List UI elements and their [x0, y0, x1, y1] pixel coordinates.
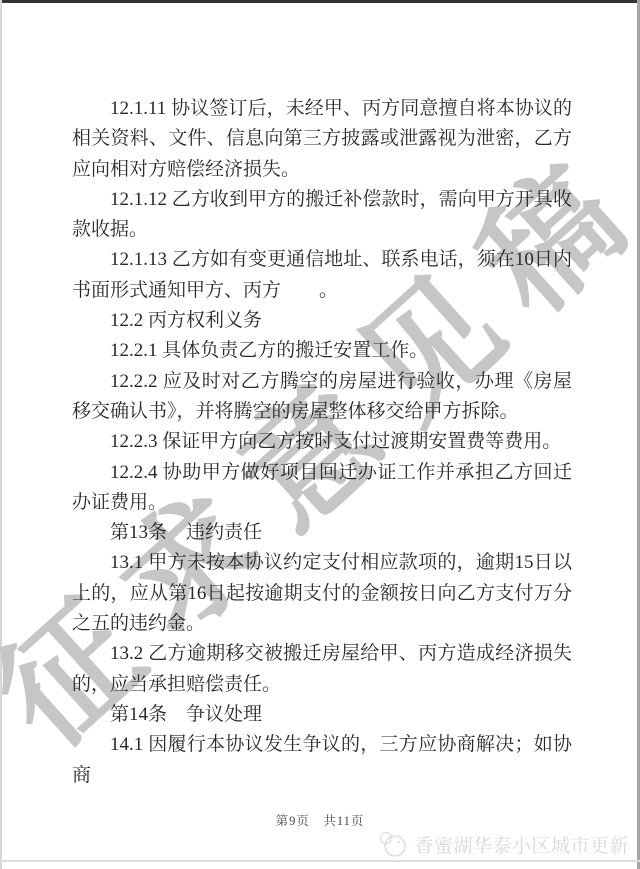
article-13-heading: 第13条 违约责任	[72, 518, 572, 548]
clause-14-1: 14.1 因履行本协议发生争议的，三方应协商解决；如协商	[72, 730, 572, 791]
scanned-contract-page: 征求意见稿 12.1.11 协议签订后，未经甲、丙方同意擅自将本协议的相关资料、…	[0, 0, 640, 869]
clause-12-1-12: 12.1.12 乙方收到甲方的搬迁补偿款时，需向甲方开具收款收据。	[72, 185, 572, 246]
clause-12-1-11: 12.1.11 协议签订后，未经甲、丙方同意擅自将本协议的相关资料、文件、信息向…	[72, 94, 572, 185]
clause-12-2-2: 12.2.2 应及时对乙方腾空的房屋进行验收，办理《房屋移交确认书》，并将腾空的…	[72, 367, 572, 428]
clause-12-2-1: 12.2.1 具体负责乙方的搬迁安置工作。	[72, 336, 572, 366]
clause-12-2-heading: 12.2 丙方权利义务	[72, 306, 572, 336]
clause-12-1-13: 12.1.13 乙方如有变更通信地址、联系电话，须在10日内书面形式通知甲方、丙…	[72, 245, 572, 306]
clause-12-2-3: 12.2.3 保证甲方向乙方按时支付过渡期安置费等费用。	[72, 427, 572, 457]
clause-13-1: 13.1 甲方未按本协议约定支付相应款项的，逾期15日以上的，应从第16日起按逾…	[72, 548, 572, 639]
page-number: 第9页 共11页	[0, 811, 640, 829]
brand-name: 香蜜湖华泰小区城市更新	[414, 831, 629, 858]
brand-footer: 香蜜湖华泰小区城市更新	[377, 830, 629, 858]
contract-body: 12.1.11 协议签订后，未经甲、丙方同意擅自将本协议的相关资料、文件、信息向…	[72, 94, 572, 791]
brand-logo-icon	[377, 830, 409, 858]
article-14-heading: 第14条 争议处理	[72, 700, 572, 730]
scan-top-edge	[0, 0, 640, 3]
footer-divider	[0, 860, 640, 862]
clause-12-2-4: 12.2.4 协助甲方做好项目回迁办证工作并承担乙方回迁办证费用。	[72, 458, 572, 519]
scan-left-edge	[0, 0, 2, 869]
clause-13-2: 13.2 乙方逾期移交被搬迁房屋给甲、丙方造成经济损失的，应当承担赔偿责任。	[72, 639, 572, 700]
